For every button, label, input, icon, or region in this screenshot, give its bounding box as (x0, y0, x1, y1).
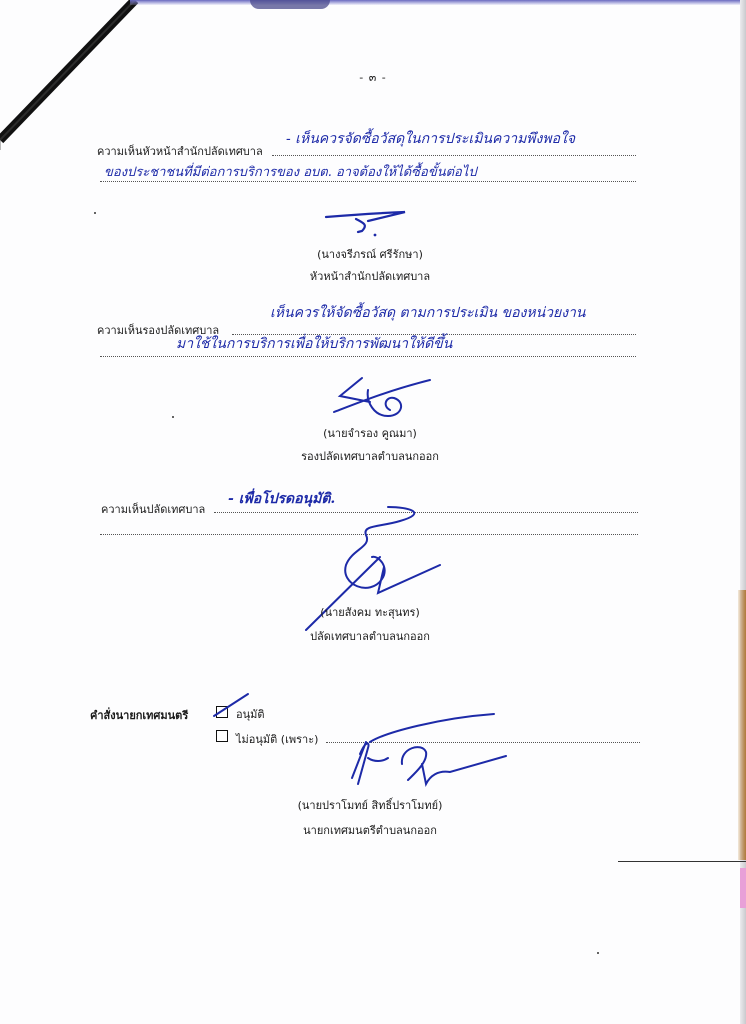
clerk-handwritten-opinion: - เพื่อโปรดอนุมัติ. (228, 488, 368, 510)
approve-checkbox[interactable] (216, 706, 228, 718)
clerk-opinion-label: ความเห็นปลัดเทศบาล (101, 500, 205, 518)
paper-fold-line (618, 861, 746, 862)
clerk-signer-title: ปลัดเทศบาลตำบลนกออก (180, 627, 560, 645)
head-office-handwritten-opinion-1: - เห็นควรจัดซื้อวัสดุในการประเมินความพึง… (286, 128, 641, 150)
deputy-clerk-signer-name: (นายจำรอง คูณมา) (180, 424, 560, 442)
head-office-signer-name: (นางจรีภรณ์ ศรีรักษา) (180, 245, 560, 263)
opinion-dotted-line (100, 356, 636, 357)
scan-speck (172, 416, 174, 418)
page-number: - ๓ - (0, 68, 746, 86)
scan-speck (597, 952, 599, 954)
scan-top-edge (130, 0, 746, 5)
head-office-signer-title: หัวหน้าสำนักปลัดเทศบาล (180, 267, 560, 285)
opinion-dotted-line (214, 512, 638, 513)
scan-top-mark (250, 0, 330, 9)
opinion-dotted-line (272, 155, 636, 156)
deputy-clerk-signer-title: รองปลัดเทศบาลตำบลนกออก (180, 447, 560, 465)
approve-option-label: อนุมัติ (236, 705, 265, 723)
mayor-signer-title: นายกเทศมนตรีตำบลนกออก (180, 821, 560, 839)
scan-speck (94, 212, 96, 214)
scan-edge-stain (738, 590, 746, 860)
head-office-opinion-label: ความเห็นหัวหน้าสำนักปลัดเทศบาล (97, 142, 263, 160)
reject-reason-dotted-line (326, 742, 640, 743)
head-office-handwritten-opinion-2: ของประชาชนที่มีต่อการบริการของ อบต. อาจต… (104, 161, 634, 182)
signature-mayor (330, 712, 510, 790)
signature-head-office (320, 205, 410, 237)
deputy-clerk-handwritten-opinion-1: เห็นควรให้จัดซื้อวัสดุ ตามการประเมิน ของ… (270, 302, 645, 324)
mayor-order-label: คำสั่งนายกเทศมนตรี (90, 706, 188, 724)
opinion-dotted-line (100, 534, 638, 535)
signature-deputy-clerk (330, 372, 440, 422)
reject-option-label: ไม่อนุมัติ (เพราะ) (236, 730, 318, 748)
mayor-signer-name: (นายปราโมทย์ สิทธิ์ปราโมทย์) (180, 796, 560, 814)
reject-checkbox[interactable] (216, 730, 228, 742)
clerk-signer-name: (นายสังคม ทะสุนทร) (180, 603, 560, 621)
scan-edge-mark (740, 868, 746, 908)
deputy-clerk-handwritten-opinion-2: มาใช้ในการบริการเพื่อให้บริการพัฒนาให้ดี… (176, 333, 496, 355)
